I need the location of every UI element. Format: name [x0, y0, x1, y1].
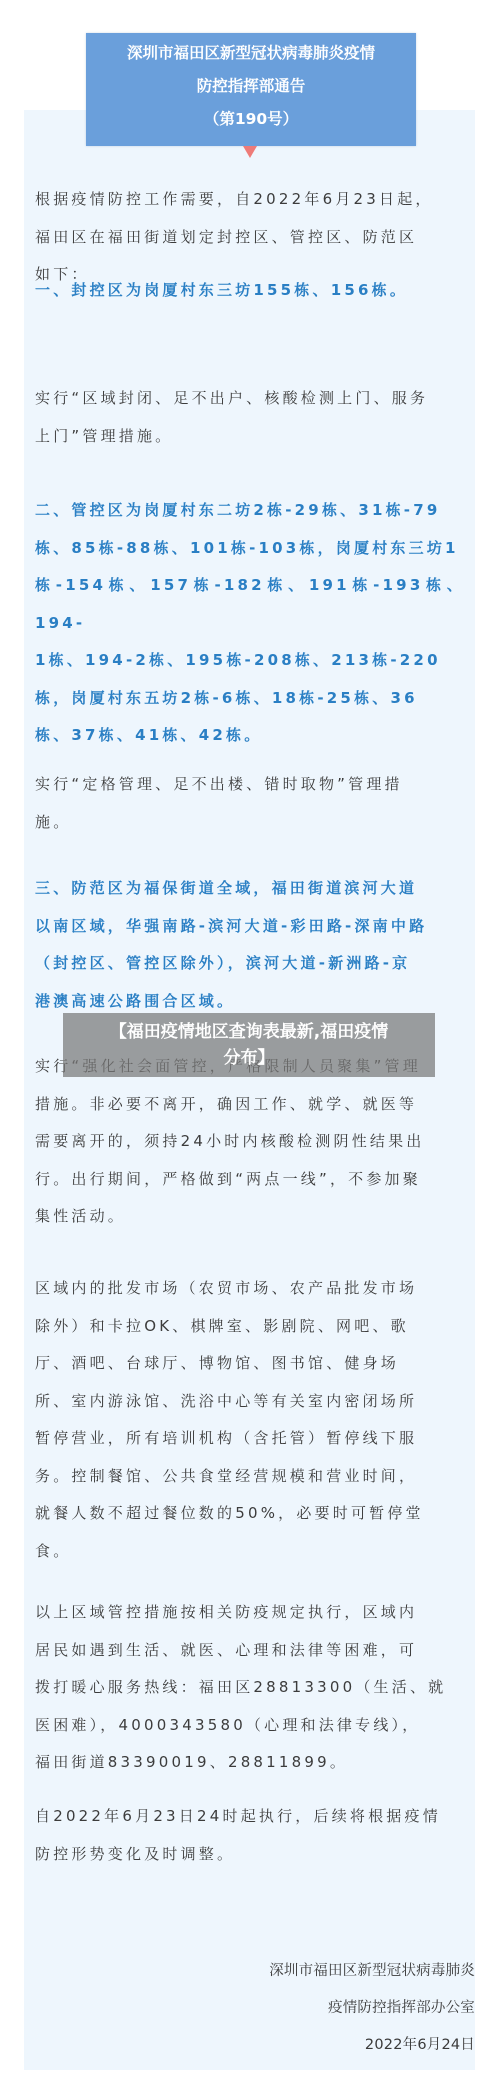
- section-1-measures: 实行“区域封闭、足不出户、核酸检测上门、服务 上门”管理措施。: [35, 380, 465, 455]
- text-line: 以上区域管控措施按相关防疫规定执行，区域内: [35, 1594, 465, 1632]
- signature-org-line-2: 疫情防控指挥部办公室: [269, 1990, 475, 2027]
- title-overlay-banner: 【福田疫情地区查询表最新,福田疫情 分布】: [63, 1013, 435, 1077]
- notice-title-box: 深圳市福田区新型冠状病毒肺炎疫情 防控指挥部通告 （第190号）: [86, 33, 416, 146]
- notice-title-line-2: 防控指挥部通告: [86, 70, 416, 103]
- text-line: 除外）和卡拉OK、棋牌室、影剧院、网吧、歌: [35, 1308, 465, 1346]
- notice-title-line-1: 深圳市福田区新型冠状病毒肺炎疫情: [86, 37, 416, 70]
- text-line: 施。: [35, 804, 465, 842]
- notice-page: 深圳市福田区新型冠状病毒肺炎疫情 防控指挥部通告 （第190号） 根据疫情防控工…: [0, 0, 500, 2091]
- venues-paragraph: 区域内的批发市场（农贸市场、农产品批发市场 除外）和卡拉OK、棋牌室、影剧院、网…: [35, 1270, 465, 1570]
- text-line: 以南区域，华强南路-滨河大道-彩田路-深南中路: [35, 908, 465, 946]
- text-line: 厅、酒吧、台球厅、博物馆、图书馆、健身场: [35, 1345, 465, 1383]
- section-3-heading: 三、防范区为福保街道全域，福田街道滨河大道 以南区域，华强南路-滨河大道-彩田路…: [35, 870, 465, 1020]
- text-line: 福田街道83390019、28811899。: [35, 1744, 465, 1782]
- signature-org-line-1: 深圳市福田区新型冠状病毒肺炎: [269, 1953, 475, 1990]
- text-line: 上门”管理措施。: [35, 418, 465, 456]
- text-line: 行。出行期间，严格做到“两点一线”，不参加聚: [35, 1161, 465, 1199]
- text-line: 栋、37栋、41栋、42栋。: [35, 717, 465, 755]
- text-line: 栋，岗厦村东五坊2栋-6栋、18栋-25栋、36: [35, 680, 465, 718]
- text-line: 福田区在福田街道划定封控区、管控区、防范区: [35, 219, 465, 257]
- text-line: 措施。非必要不离开，确因工作、就学、就医等: [35, 1086, 465, 1124]
- section-2-heading: 二、管控区为岗厦村东二坊2栋-29栋、31栋-79 栋、85栋-88栋、101栋…: [35, 492, 465, 755]
- section-2-measures: 实行“定格管理、足不出楼、错时取物”管理措 施。: [35, 766, 465, 841]
- section-1-heading: 一、封控区为岗厦村东三坊155栋、156栋。: [35, 272, 465, 310]
- hotline-paragraph: 以上区域管控措施按相关防疫规定执行，区域内 居民如遇到生活、就医、心理和法律等困…: [35, 1594, 465, 1782]
- text-line: 区域内的批发市场（农贸市场、农产品批发市场: [35, 1270, 465, 1308]
- text-line: 一、封控区为岗厦村东三坊155栋、156栋。: [35, 272, 465, 310]
- text-line: 1栋、194-2栋、195栋-208栋、213栋-220: [35, 642, 465, 680]
- banner-line-1: 【福田疫情地区查询表最新,福田疫情: [63, 1019, 435, 1045]
- text-line: 栋-154栋、157栋-182栋、191栋-193栋、194-: [35, 567, 465, 642]
- text-line: 需要离开的，须持24小时内核酸检测阴性结果出: [35, 1123, 465, 1161]
- text-line: 暂停营业，所有培训机构（含托管）暂停线下服: [35, 1420, 465, 1458]
- signature-date: 2022年6月24日: [269, 2027, 475, 2064]
- text-line: 务。控制餐馆、公共食堂经营规模和营业时间，: [35, 1458, 465, 1496]
- text-line: 二、管控区为岗厦村东二坊2栋-29栋、31栋-79: [35, 492, 465, 530]
- text-line: 实行“区域封闭、足不出户、核酸检测上门、服务: [35, 380, 465, 418]
- notice-number: （第190号）: [86, 103, 416, 136]
- text-line: 根据疫情防控工作需要，自2022年6月23日起，: [35, 181, 465, 219]
- text-line: 三、防范区为福保街道全域，福田街道滨河大道: [35, 870, 465, 908]
- text-line: 栋、85栋-88栋、101栋-103栋，岗厦村东三坊1: [35, 530, 465, 568]
- text-line: 医困难），4000343580（心理和法律专线），: [35, 1707, 465, 1745]
- effective-date-paragraph: 自2022年6月23日24时起执行，后续将根据疫情 防控形势变化及时调整。: [35, 1798, 465, 1873]
- text-line: 居民如遇到生活、就医、心理和法律等困难，可: [35, 1632, 465, 1670]
- text-line: 自2022年6月23日24时起执行，后续将根据疫情: [35, 1798, 465, 1836]
- text-line: 拨打暖心服务热线：福田区28813300（生活、就: [35, 1669, 465, 1707]
- text-line: 就餐人数不超过餐位数的50%，必要时可暂停堂: [35, 1495, 465, 1533]
- text-line: 实行“定格管理、足不出楼、错时取物”管理措: [35, 766, 465, 804]
- triangle-pointer-icon: [243, 146, 257, 158]
- signature-block: 深圳市福田区新型冠状病毒肺炎 疫情防控指挥部办公室 2022年6月24日: [269, 1953, 475, 2064]
- text-line: （封控区、管控区除外），滨河大道-新洲路-京: [35, 945, 465, 983]
- text-line: 防控形势变化及时调整。: [35, 1836, 465, 1874]
- text-line: 食。: [35, 1533, 465, 1571]
- text-line: 所、室内游泳馆、洗浴中心等有关室内密闭场所: [35, 1383, 465, 1421]
- banner-line-2: 分布】: [63, 1045, 435, 1071]
- text-line: 集性活动。: [35, 1198, 465, 1236]
